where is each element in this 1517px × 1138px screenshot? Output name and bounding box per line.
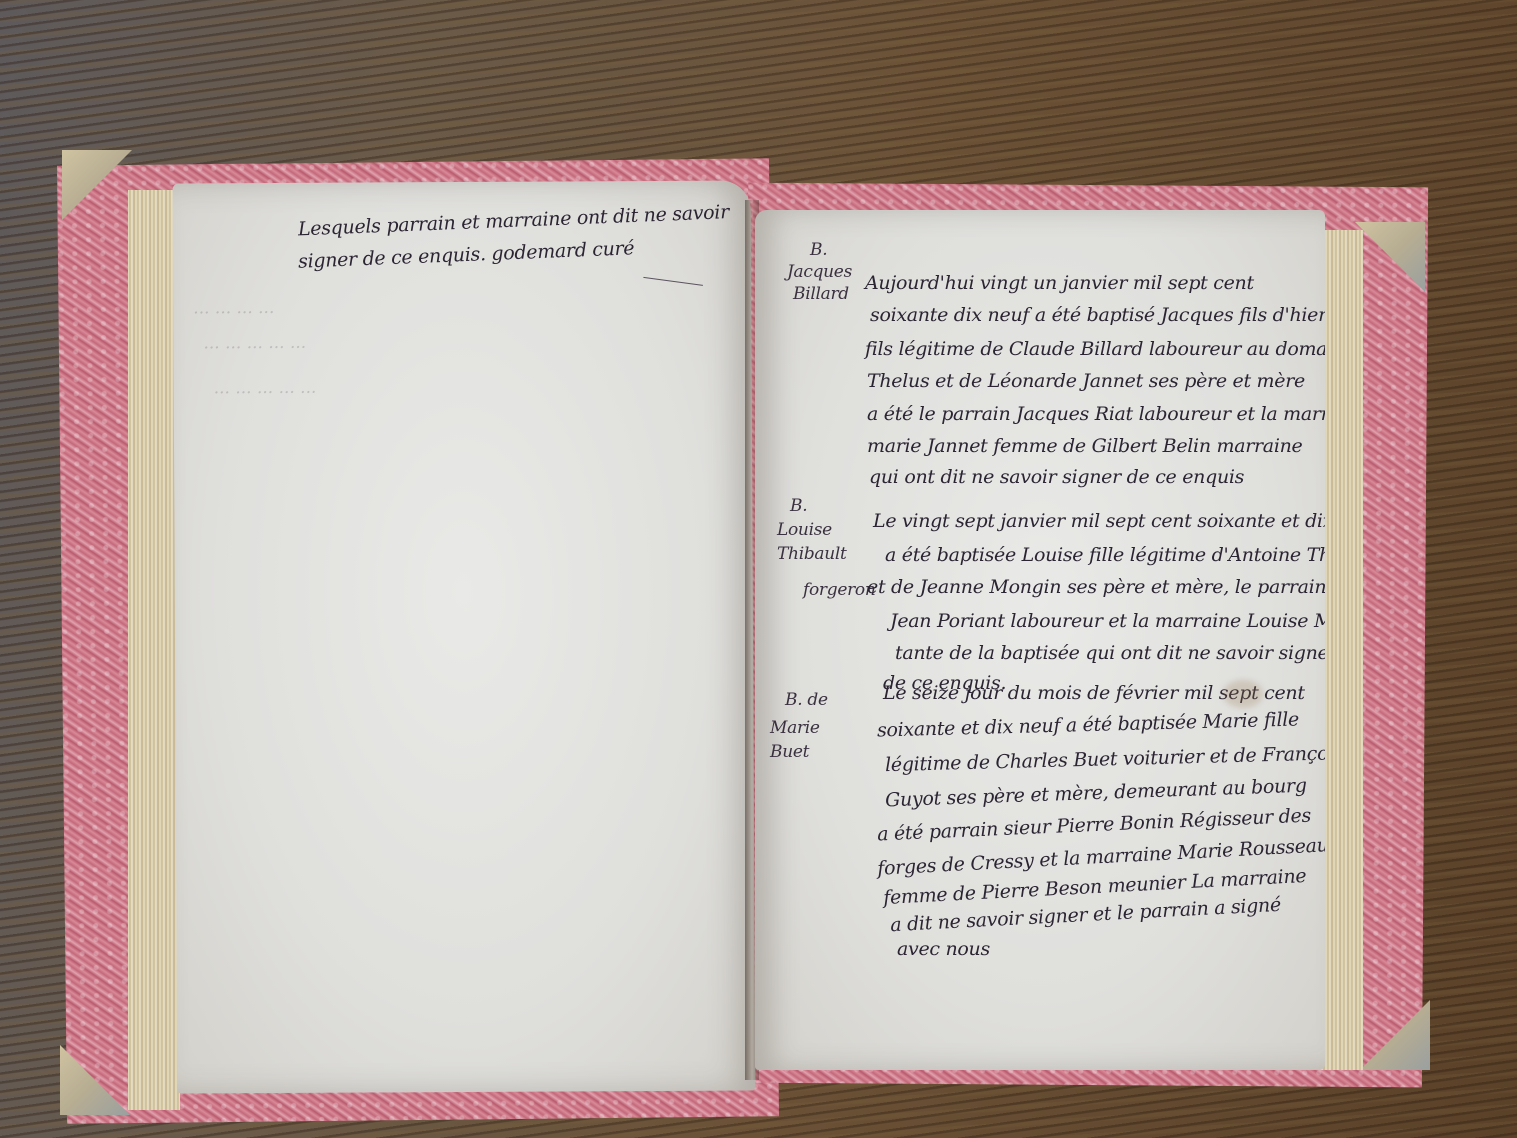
margin-note: Marie [770, 718, 820, 738]
entry-line: soixante dix neuf a été baptisé Jacques … [870, 304, 1325, 326]
entry-line: qui ont dit ne savoir signer de ce enqui… [869, 466, 1244, 488]
entry-line: et de Jeanne Mongin ses père et mère, le… [867, 576, 1325, 598]
entry-line: a été le parrain Jacques Riat laboureur … [867, 403, 1325, 425]
entry-line: tante de la baptisée qui ont dit ne savo… [895, 642, 1325, 664]
margin-note: B. de [785, 690, 828, 710]
right-page: B. Jacques Billard Aujourd'hui vingt un … [755, 210, 1325, 1070]
bleed-through-text: ... ... ... ... ... [214, 378, 317, 399]
paper-stain [1223, 680, 1263, 708]
entry-line: soixante et dix neuf a été baptisée Mari… [877, 708, 1299, 741]
signature-rule [643, 277, 703, 286]
margin-note: Billard [793, 284, 849, 304]
entry-line: a été baptisée Louise fille légitime d'A… [885, 544, 1325, 566]
entry-line: Thelus et de Léonarde Jannet ses père et… [867, 370, 1305, 392]
margin-note: forgeron [803, 580, 876, 600]
margin-note: Thibault [777, 544, 847, 564]
entry-line: marie Jannet femme de Gilbert Belin marr… [867, 435, 1303, 457]
page-edges-left [128, 190, 180, 1110]
margin-note: Buet [770, 742, 809, 762]
margin-note: Louise [777, 520, 832, 540]
entry-line: Guyot ses père et mère, demeurant au bou… [885, 775, 1307, 812]
margin-note: B. [810, 240, 827, 260]
entry-line: Aujourd'hui vingt un janvier mil sept ce… [865, 272, 1254, 294]
entry-line: avec nous [897, 938, 990, 960]
entry-line: Jean Poriant laboureur et la marraine Lo… [890, 610, 1325, 632]
margin-note: Jacques [787, 262, 852, 282]
left-page-line: signer de ce enquis. godemard curé [298, 237, 635, 272]
entry-line: fils légitime de Claude Billard laboureu… [865, 338, 1325, 360]
entry-line: Le vingt sept janvier mil sept cent soix… [873, 510, 1325, 532]
margin-note: B. [790, 496, 807, 516]
bleed-through-text: ... ... ... ... [193, 298, 274, 318]
entry-line: légitime de Charles Buet voiturier et de… [885, 742, 1325, 776]
left-page: Lesquels parrain et marraine ont dit ne … [173, 180, 756, 1093]
left-page-line: Lesquels parrain et marraine ont dit ne … [298, 201, 730, 240]
bleed-through-text: ... ... ... ... ... [203, 333, 306, 354]
